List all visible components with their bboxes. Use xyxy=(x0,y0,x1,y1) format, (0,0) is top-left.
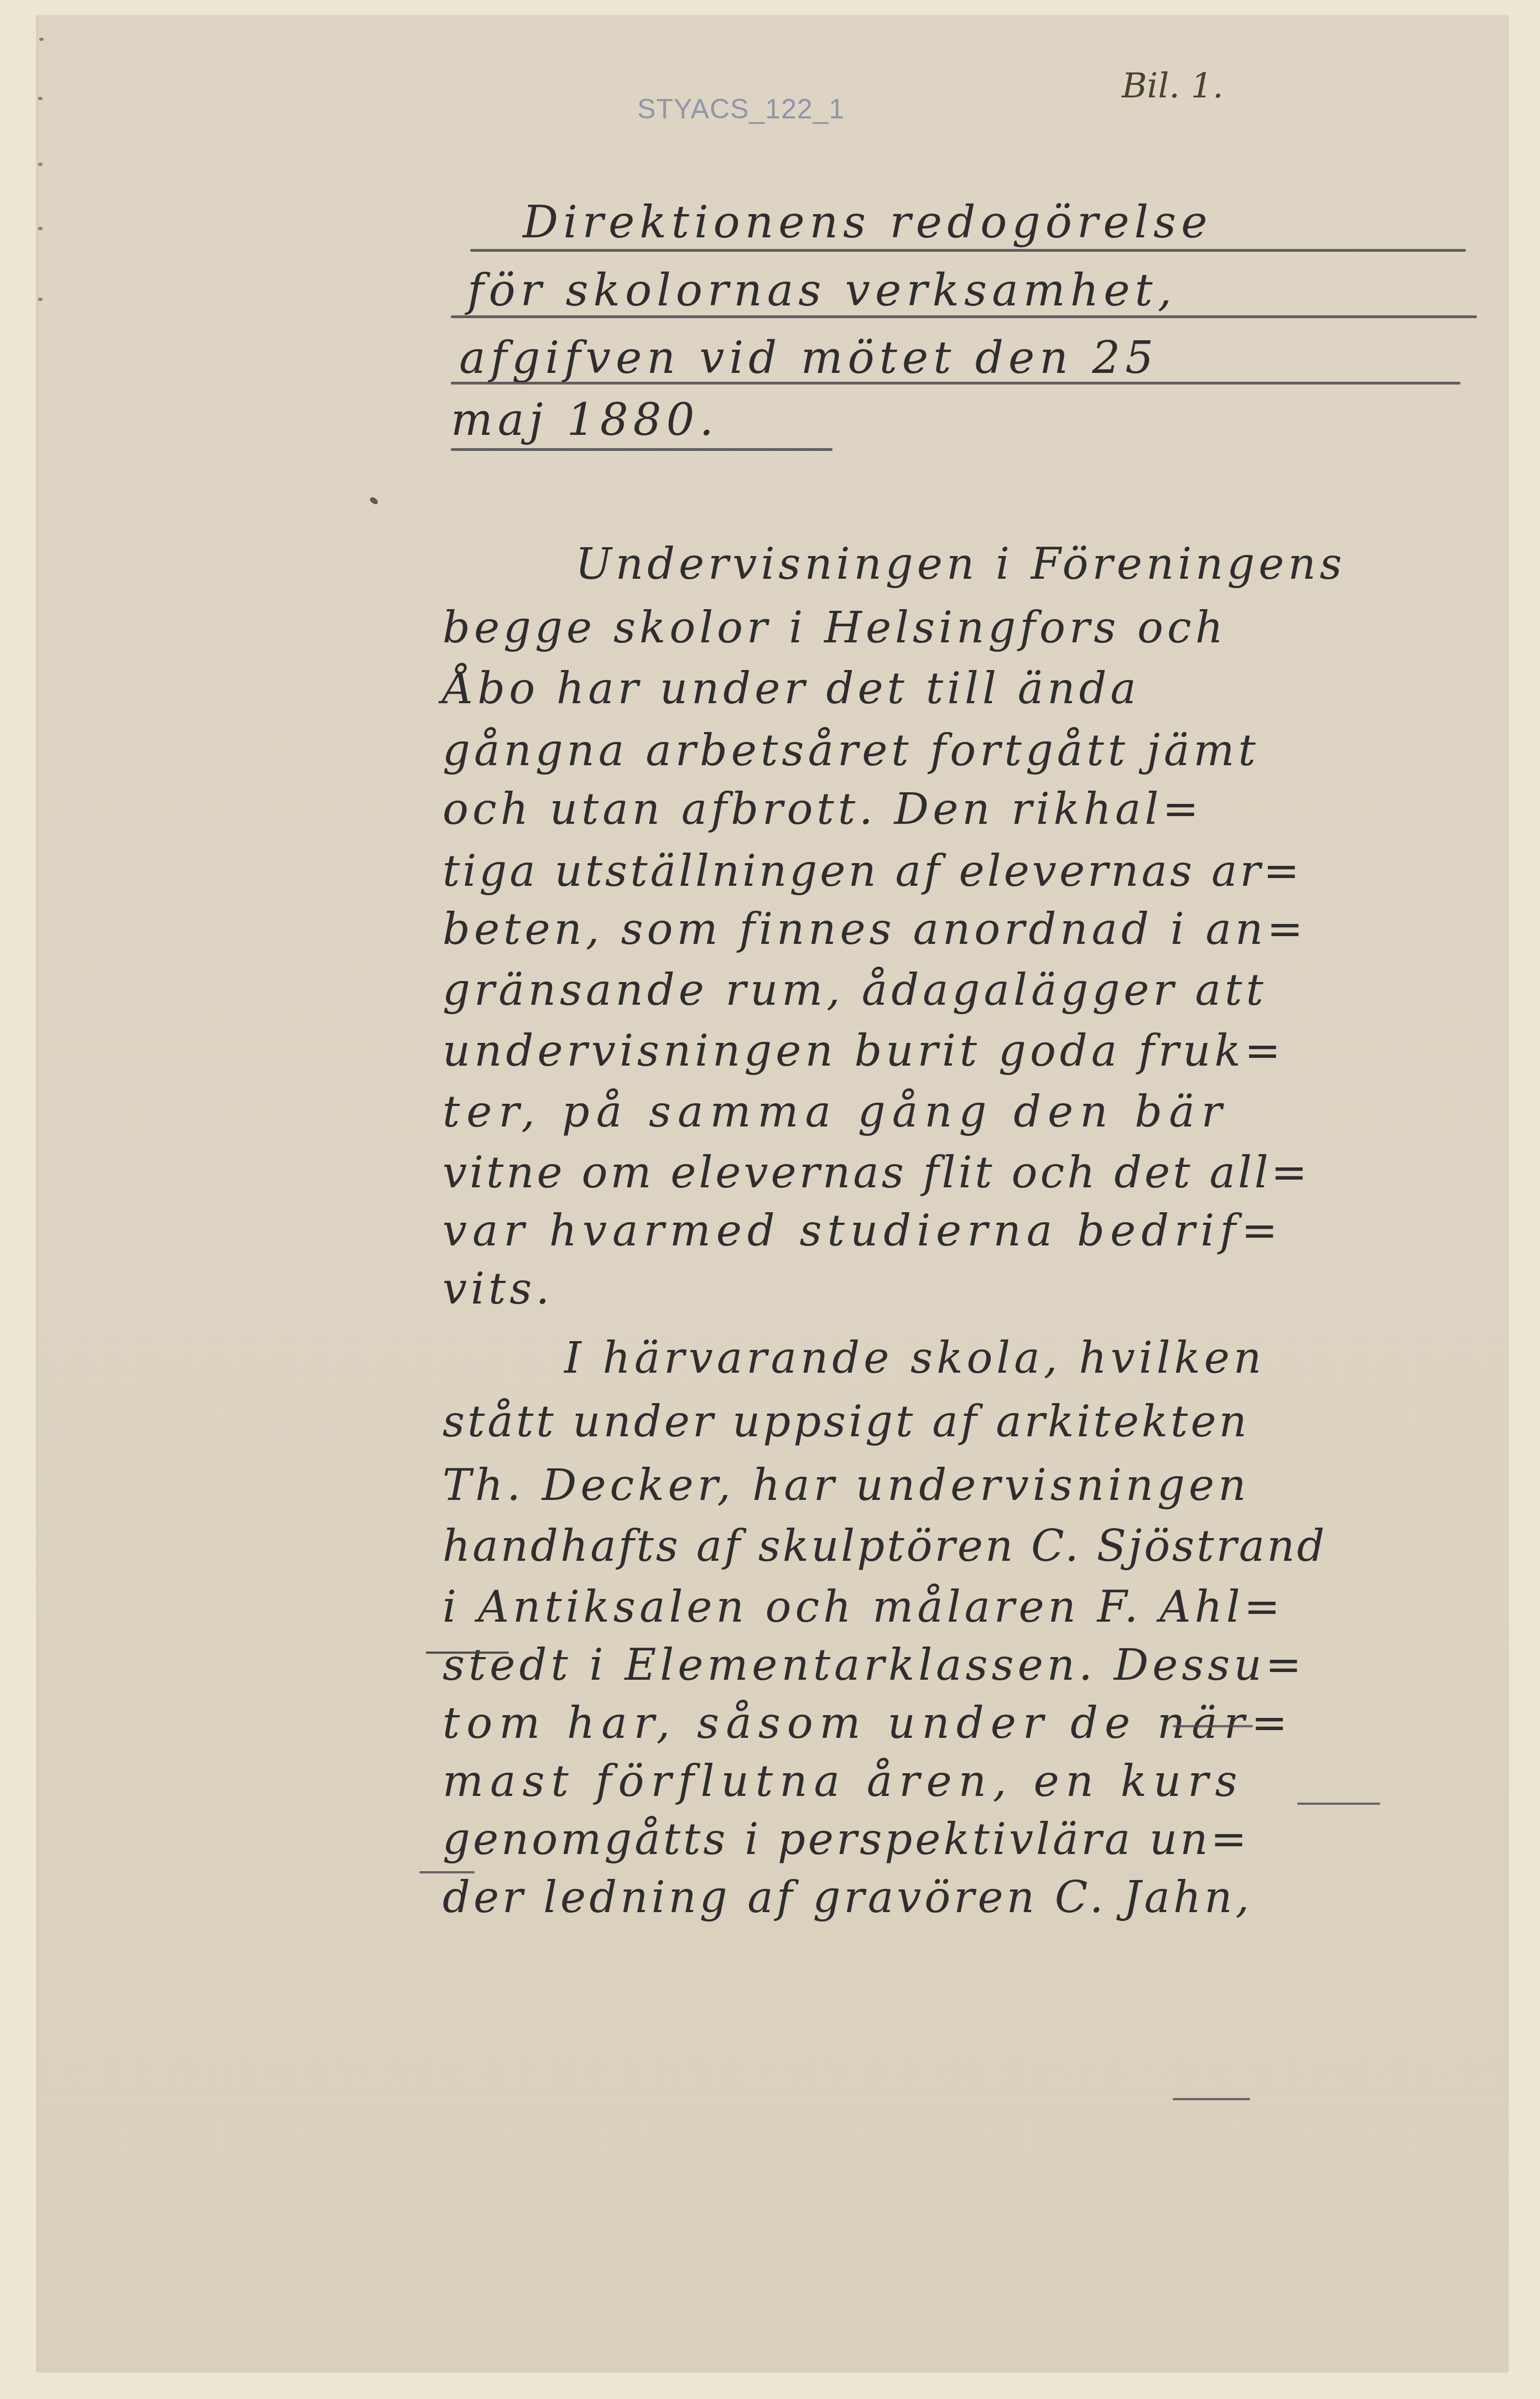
paragraph-1-line: vits. xyxy=(443,1264,553,1314)
paragraph-2-line: genomgåtts i perspektivlära un= xyxy=(443,1815,1250,1865)
paragraph-1-line: tiga utställningen af elevernas ar= xyxy=(443,847,1302,896)
binding-hole xyxy=(38,298,43,301)
binding-hole xyxy=(38,227,43,230)
appendix-annotation: Bil. 1. xyxy=(1122,65,1224,106)
paragraph-1-line: beten, som finnes anordnad i an= xyxy=(443,905,1307,954)
binding-hole xyxy=(39,38,44,41)
paragraph-2-line: i Antiksalen och målaren F. Ahl= xyxy=(443,1582,1284,1632)
archive-id-stamp: STYACS_122_1 xyxy=(637,93,845,125)
paragraph-1-line: begge skolor i Helsingfors och xyxy=(443,603,1227,653)
underline-sjostrand xyxy=(1173,1725,1253,1727)
title-underline xyxy=(451,382,1460,385)
paragraph-1-line: var hvarmed studierna bedrif= xyxy=(443,1206,1283,1256)
paragraph-1-line: vitne om elevernas flit och det all= xyxy=(443,1148,1310,1198)
paragraph-1-line: gångna arbetsåret fortgått jämt xyxy=(443,726,1260,776)
paragraph-2-line: stedt i Elementarklassen. Dessu= xyxy=(443,1640,1305,1690)
underline-stedt xyxy=(419,1871,475,1873)
title-line-2: för skolornas verksamhet, xyxy=(467,264,1177,316)
paragraph-2-line: stått under uppsigt af arkitekten xyxy=(443,1397,1250,1447)
title-underline xyxy=(470,249,1466,252)
paragraph-2-line: Th. Decker, har undervisningen xyxy=(443,1461,1250,1510)
paragraph-2-line: mast förflutna åren, en kurs xyxy=(443,1757,1244,1806)
paragraph-1-line: ter, på samma gång den bär xyxy=(443,1087,1229,1137)
binding-hole xyxy=(38,163,43,166)
title-line-1: Direktionens redogörelse xyxy=(523,196,1212,248)
underline-jahn xyxy=(1173,2098,1250,2100)
paragraph-1-line: Undervisningen i Föreningens xyxy=(575,539,1346,589)
binding-hole xyxy=(38,97,43,100)
title-underline xyxy=(451,448,833,451)
paragraph-1-line: Åbo har under det till ända xyxy=(443,664,1140,714)
title-line-3: afgifven vid mötet den 25 xyxy=(459,332,1158,383)
paragraph-1-line: och utan afbrott. Den rikhal= xyxy=(443,785,1203,834)
title-underline xyxy=(451,315,1477,318)
paragraph-2-line: I härvarande skola, hvilken xyxy=(564,1333,1265,1383)
paragraph-2-line: der ledning af gravören C. Jahn, xyxy=(443,1873,1252,1923)
underline-ahl xyxy=(1297,1803,1380,1805)
paragraph-1-line: undervisningen burit goda fruk= xyxy=(443,1026,1284,1076)
paragraph-2-line: tom har, såsom under de när= xyxy=(443,1699,1294,1748)
underline-decker-visible xyxy=(426,1652,509,1654)
paragraph-2-line: handhafts af skulptören C. Sjöstrand xyxy=(443,1522,1326,1571)
title-line-4: maj 1880. xyxy=(451,394,719,445)
paragraph-1-line: gränsande rum, ådagalägger att xyxy=(443,965,1267,1015)
